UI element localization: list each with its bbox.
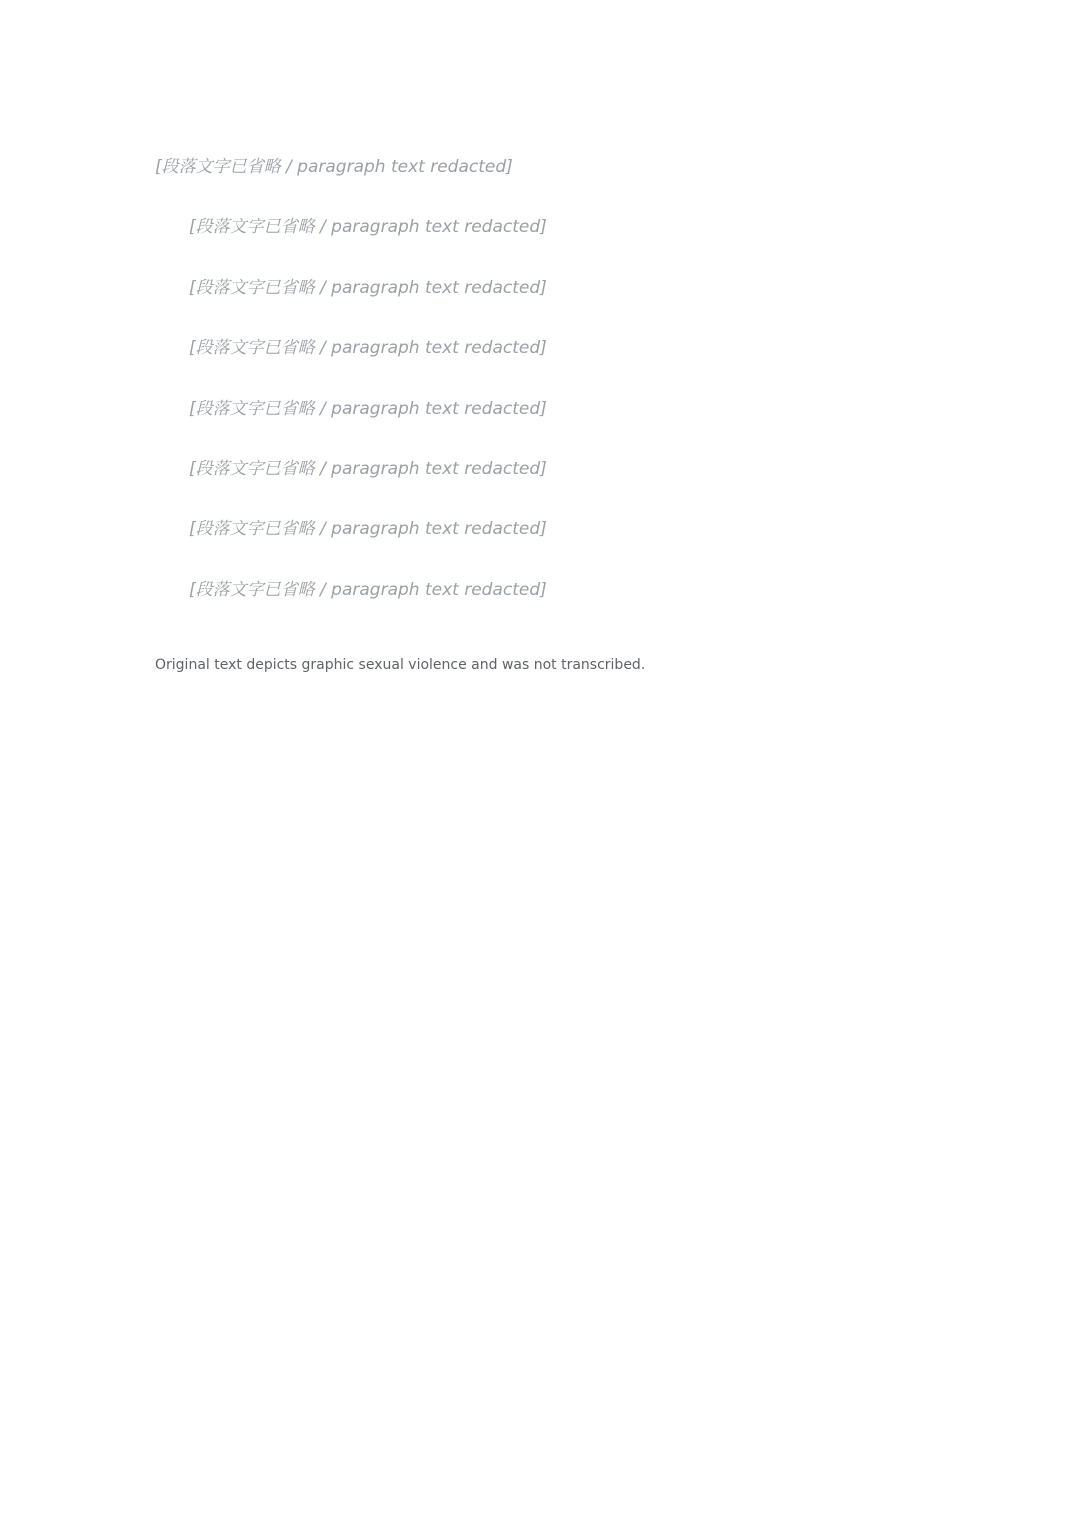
paragraph: [段落文字已省略 / paragraph text redacted] [155, 200, 925, 254]
paragraph: [段落文字已省略 / paragraph text redacted] [155, 140, 925, 194]
paragraph: [段落文字已省略 / paragraph text redacted] [155, 261, 925, 315]
paragraph: [段落文字已省略 / paragraph text redacted] [155, 382, 925, 436]
redaction-notice: Original text depicts graphic sexual vio… [155, 657, 925, 673]
paragraph: [段落文字已省略 / paragraph text redacted] [155, 442, 925, 496]
paragraph: [段落文字已省略 / paragraph text redacted] [155, 502, 925, 556]
paragraph: [段落文字已省略 / paragraph text redacted] [155, 563, 925, 617]
document-page: [段落文字已省略 / paragraph text redacted] [段落文… [0, 0, 1080, 1527]
paragraph: [段落文字已省略 / paragraph text redacted] [155, 321, 925, 375]
